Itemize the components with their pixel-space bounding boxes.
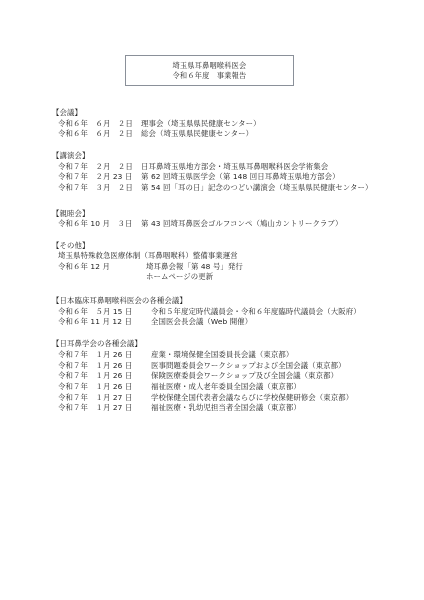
- item-date: 令和７年 １月 26 日: [58, 382, 132, 392]
- item-date: 令和７年 ２月 ２日: [58, 162, 133, 172]
- item-text: 埼玉県特殊救急医療体制（耳鼻咽喉科）整備事業運営: [58, 251, 238, 261]
- item-date: 令和７年 １月 26 日: [58, 350, 132, 360]
- section-heading-social: 【親睦会】: [52, 209, 89, 219]
- item-event: 福祉医療・乳幼児担当者全国会議（東京都）: [151, 403, 301, 413]
- item-event: 総会（埼玉県県民健康センター）: [141, 129, 253, 139]
- item-event: 令和５年度定時代議員会・令和６年度臨時代議員会（大阪府）: [151, 307, 361, 317]
- report-title: 令和６年度 事業報告: [126, 71, 293, 81]
- item-event: ホームページの更新: [146, 272, 213, 282]
- item-event: 第 43 回埼耳鼻医会ゴルフコンペ（鳩山カントリークラブ）: [141, 219, 342, 229]
- item-event: 産業・環境保健全国委員長会議（東京都）: [151, 350, 293, 360]
- item-date: 令和６年 11 月 12 日: [58, 317, 132, 327]
- item-date: 令和７年 １月 27 日: [58, 393, 132, 403]
- item-date: 令和６年 ６月 ２日: [58, 129, 133, 139]
- item-date: 令和７年 １月 26 日: [58, 371, 132, 381]
- section-heading-lectures: 【講演会】: [52, 151, 89, 161]
- organization-name: 埼玉県耳鼻咽喉科医会: [126, 61, 293, 71]
- item-date: 令和６年 10 月 ３日: [58, 219, 132, 229]
- section-heading-jibika: 【日耳鼻学会の各種会議】: [52, 339, 142, 349]
- title-box: 埼玉県耳鼻咽喉科医会 令和６年度 事業報告: [125, 55, 294, 86]
- item-event: 福祉医療・成人老年委員全国会議（東京都）: [151, 382, 301, 392]
- item-event: 理事会（埼玉県県民健康センター）: [141, 119, 261, 129]
- item-event: 第 62 回埼玉県医学会（第 148 回日耳鼻埼玉県地方部会）: [141, 172, 340, 182]
- item-date: 令和７年 １月 26 日: [58, 361, 132, 371]
- item-event: 日耳鼻埼玉県地方部会・埼玉県耳鼻咽喉科医会学術集会: [141, 162, 328, 172]
- item-event: 医事問題委員会ワークショップおよび全国会議（東京都）: [151, 361, 346, 371]
- item-date: 令和６年 ６月 ２日: [58, 119, 133, 129]
- section-heading-other: 【その他】: [52, 241, 89, 251]
- section-heading-jcoa: 【日本臨床耳鼻咽喉科医会の各種会議】: [52, 296, 187, 306]
- document-page: 埼玉県耳鼻咽喉科医会 令和６年度 事業報告 【会議】 令和６年 ６月 ２日 理事…: [0, 0, 424, 600]
- item-event: 全国医会長会議（Web 開催）: [151, 317, 252, 327]
- item-event: 埼耳鼻会報「第 48 号」発行: [146, 262, 243, 272]
- item-event: 第 54 回「耳の日」記念のつどい講演会（埼玉県県民健康センター）: [141, 183, 372, 193]
- item-date: 令和７年 ３月 ２日: [58, 183, 133, 193]
- item-date: 令和６年 12 月: [58, 262, 110, 272]
- item-event: 学校保健全国代表者会議ならびに学校保健研修会（東京都）: [151, 393, 353, 403]
- item-date: 令和７年 ２月 23 日: [58, 172, 132, 182]
- section-heading-meetings: 【会議】: [52, 108, 82, 118]
- item-date: 令和７年 １月 27 日: [58, 403, 132, 413]
- item-date: 令和６年 ５月 15 日: [58, 307, 132, 317]
- item-event: 保険医療委員会ワークショップ及び全国会議（東京都）: [151, 371, 338, 381]
